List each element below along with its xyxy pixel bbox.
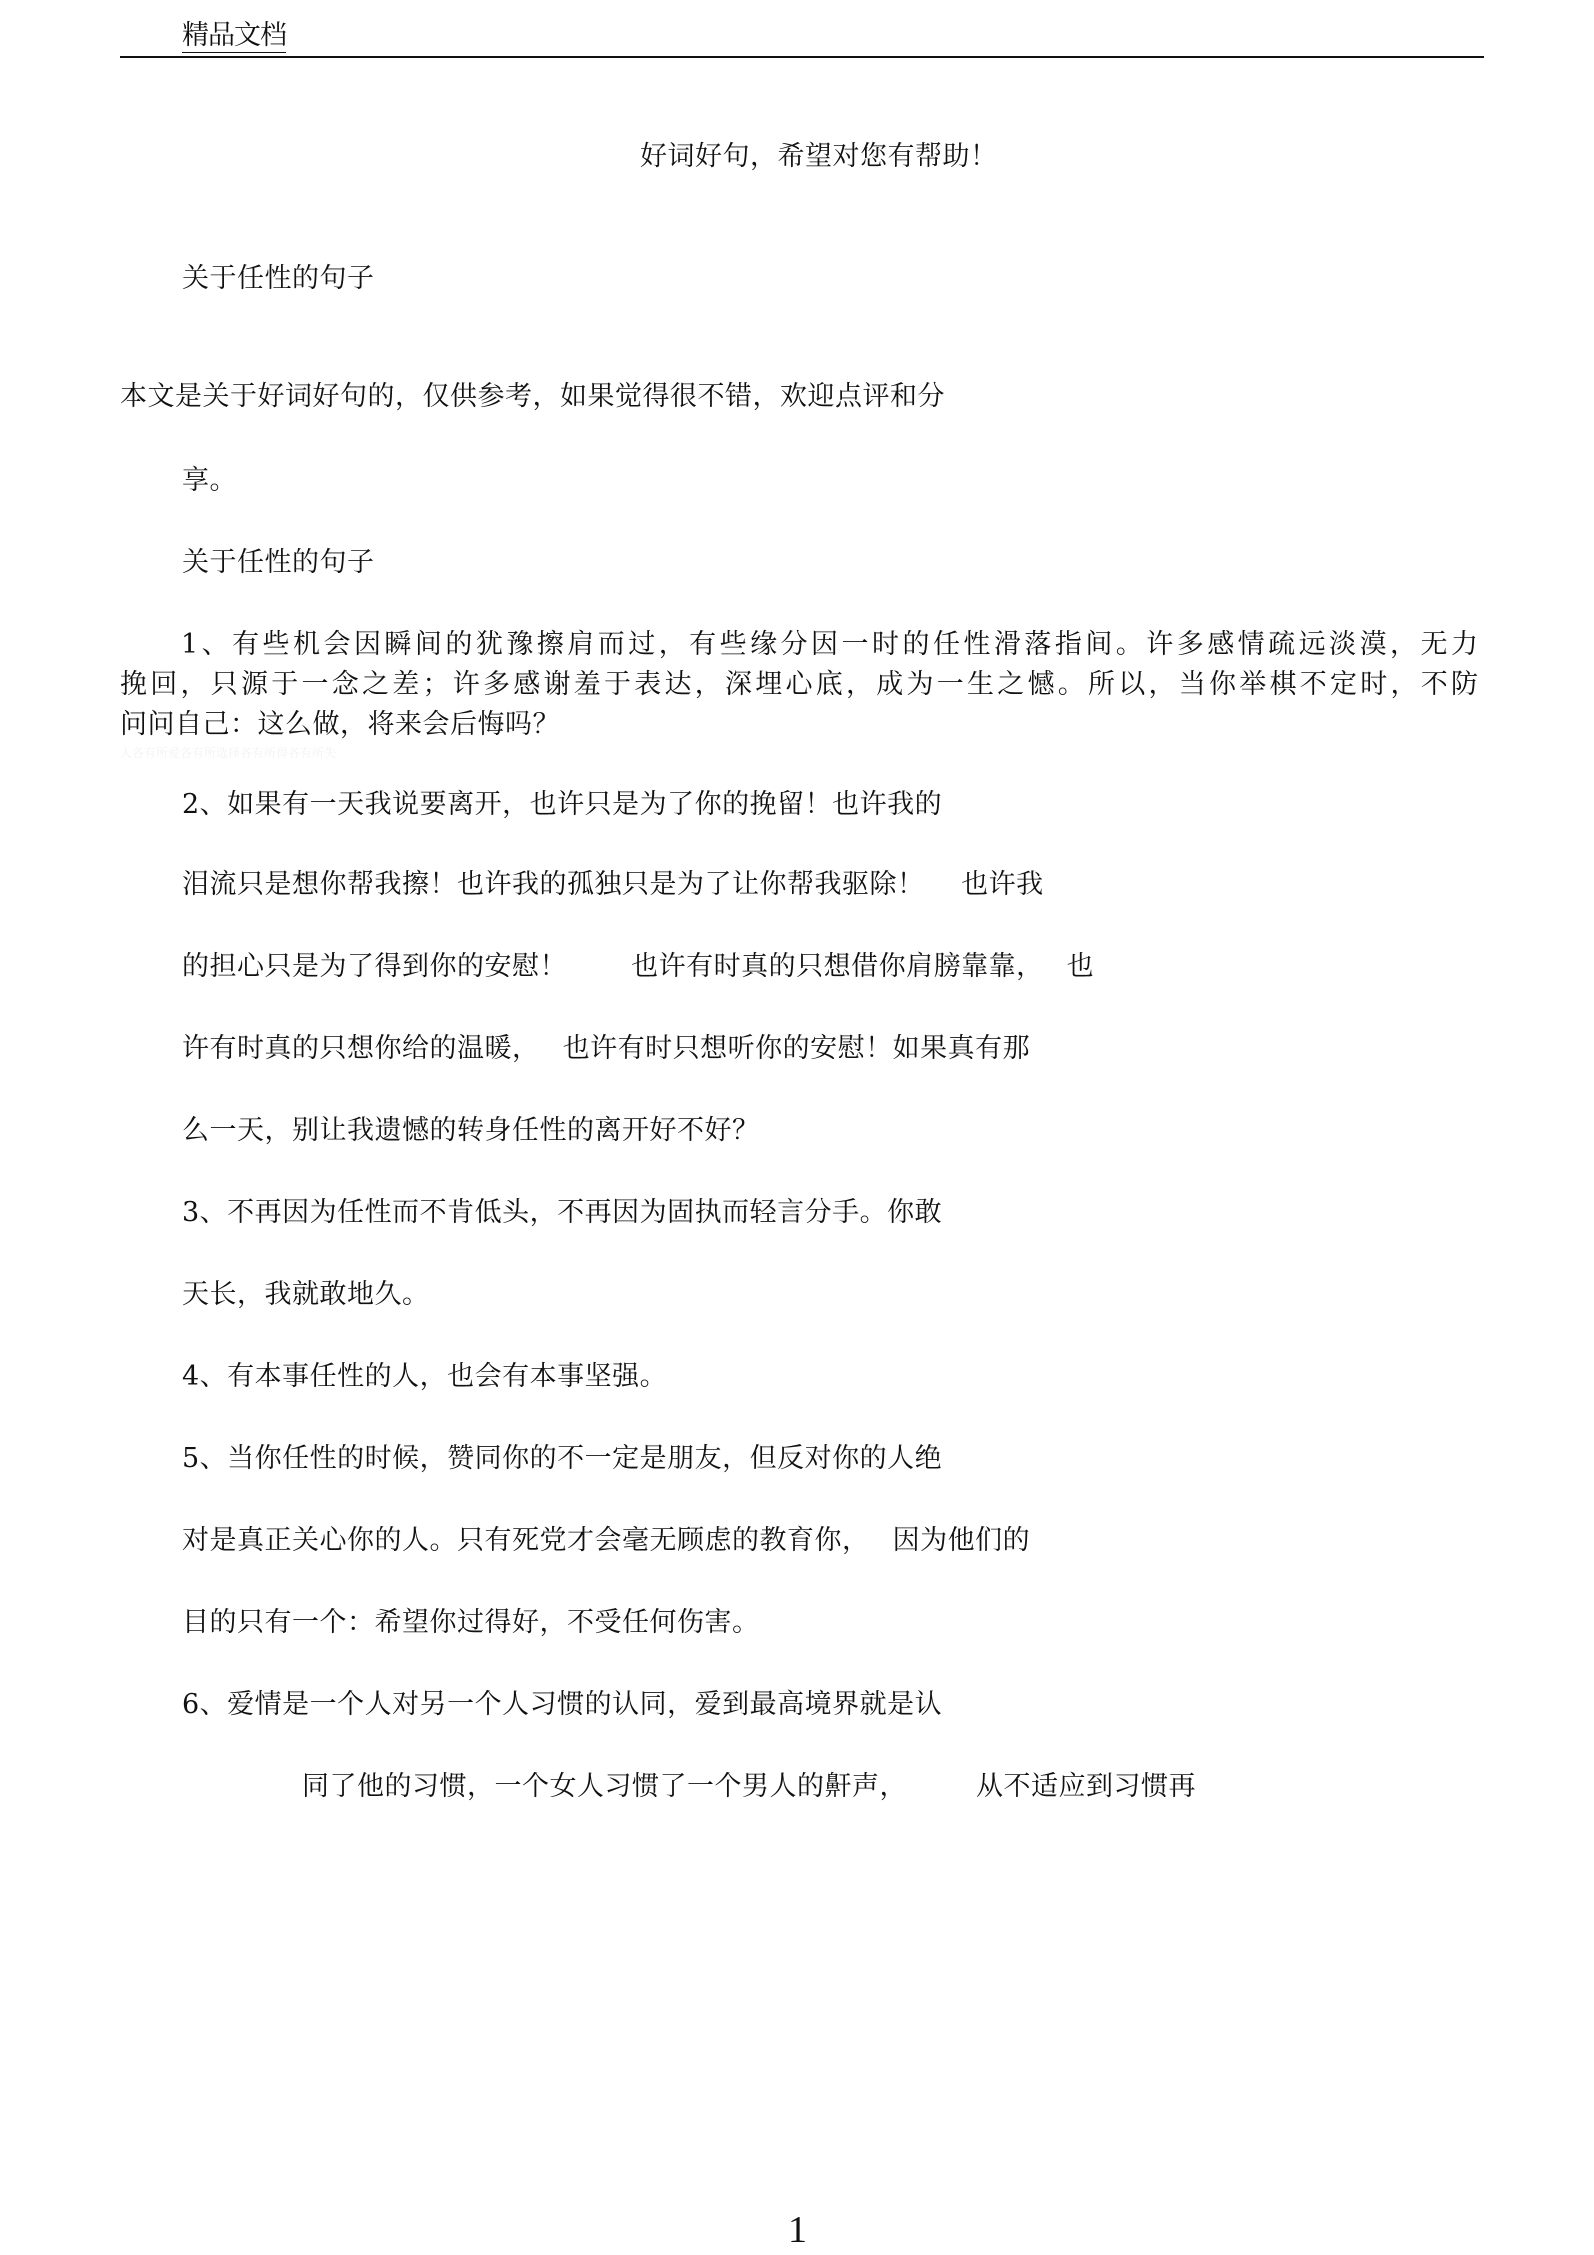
item-3-line-1: 3、不再因为任性而不肯低头，不再因为固执而轻言分手。你敢 — [182, 1196, 942, 1230]
item-2-line-2: 泪流只是想你帮我擦！也许我的孤独只是为了让你帮我驱除！ 也许我 — [182, 868, 1044, 902]
item-5-line-2: 对是真正关心你的人。只有死党才会毫无顾虑的教育你， 因为他们的 — [182, 1524, 1030, 1558]
item-2-line-4: 许有时真的只想你给的温暖， 也许有时只想听你的安慰！如果真有那 — [182, 1032, 1030, 1066]
item-2-line-1: 2、如果有一天我说要离开，也许只是为了你的挽留！也许我的 — [182, 788, 942, 822]
item-1-line-1: 1、有些机会因瞬间的犹豫擦肩而过，有些缘分因一时的任性滑落指间。许多感情疏远淡漠… — [120, 628, 1478, 662]
heading-2: 关于任性的句子 — [182, 546, 375, 580]
intro-line-2: 享。 — [182, 464, 237, 498]
item-1-line-2: 挽回，只源于一念之差；许多感谢羞于表达，深埋心底，成为一生之憾。所以，当你举棋不… — [120, 668, 1478, 702]
item-2-line-5: 么一天，别让我遗憾的转身任性的离开好不好？ — [182, 1114, 760, 1148]
tagline: 好词好句，希望对您有帮助！ — [640, 140, 998, 174]
item-1-line-3: 问问自己：这么做，将来会后悔吗？ — [120, 708, 560, 742]
heading-1: 关于任性的句子 — [182, 262, 375, 296]
item-5-line-1: 5、当你任性的时候，赞同你的不一定是朋友，但反对你的人绝 — [182, 1442, 942, 1476]
intro-line-1: 本文是关于好词好句的，仅供参考，如果觉得很不错，欢迎点评和分 — [120, 380, 945, 414]
item-6-line-1: 6、爱情是一个人对另一个人习惯的认同，爱到最高境界就是认 — [182, 1688, 942, 1722]
header-title: 精品文档 — [182, 20, 286, 53]
faint-watermark-text: 人各有所爱各有所选择各有所得各有所失 — [120, 746, 336, 760]
page-number: 1 — [788, 2208, 807, 2252]
item-2-line-3: 的担心只是为了得到你的安慰！ 也许有时真的只想借你肩膀靠靠， 也 — [182, 950, 1094, 984]
item-3-line-2: 天长，我就敢地久。 — [182, 1278, 430, 1312]
item-4-line-1: 4、有本事任性的人，也会有本事坚强。 — [182, 1360, 667, 1394]
item-5-line-3: 目的只有一个：希望你过得好，不受任何伤害。 — [182, 1606, 760, 1640]
item-6-line-2: 同了他的习惯，一个女人习惯了一个男人的鼾声， 从不适应到习惯再 — [302, 1770, 1196, 1804]
page-header: 精品文档 — [120, 18, 1484, 58]
